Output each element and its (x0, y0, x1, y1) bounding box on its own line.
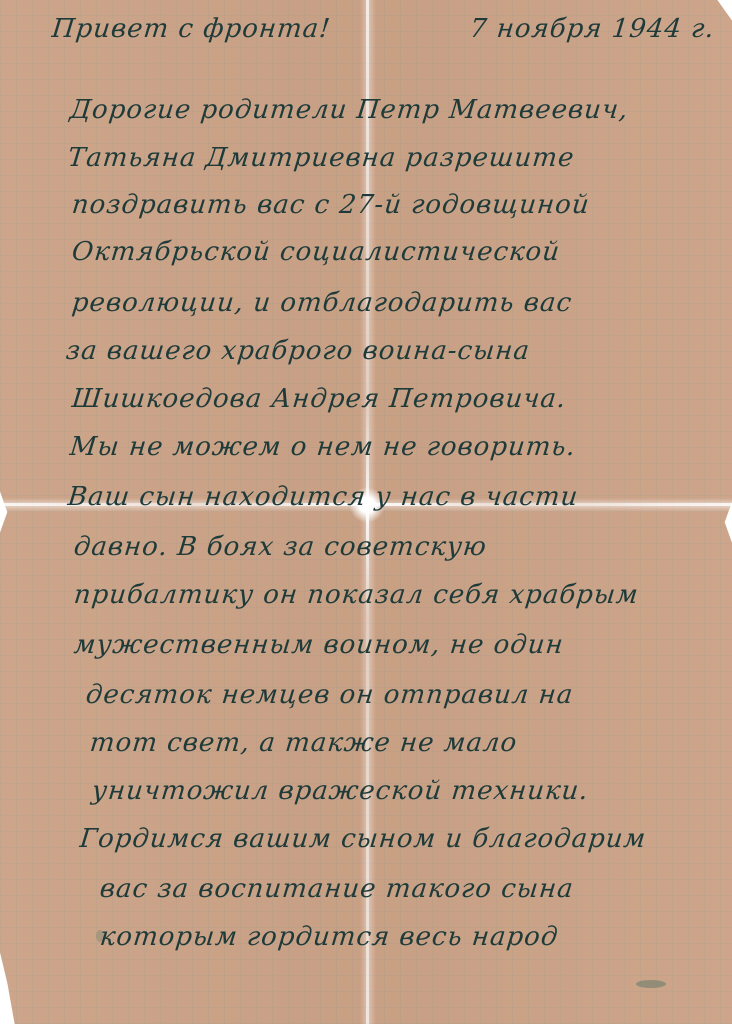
letter-line: поздравить вас с 27-й годовщиной (70, 190, 591, 220)
letter-line: Мы не можем о нем не говорить. (68, 432, 577, 462)
ink-stain (636, 980, 666, 988)
letter-line: Шишкоедова Андрея Петровича. (70, 384, 567, 414)
letter-line: уничтожил вражеской техники. (90, 776, 590, 806)
letter-line: Татьяна Дмитриевна разрешите (66, 143, 576, 173)
letter-line: тот свет, а также не мало (88, 728, 518, 758)
letter-greeting: Привет с фронта! (50, 14, 332, 44)
letter-line: мужественным воином, не один (72, 630, 565, 660)
letter-line: давно. В боях за советскую (72, 532, 488, 562)
letter-line: революции, и отблагодарить вас (70, 288, 573, 318)
letter-line: десяток немцев он отправил на (84, 680, 574, 710)
letter-line: Дорогие родители Петр Матвеевич, (68, 95, 630, 125)
letter-line: Гордимся вашим сыном и благодарим (78, 824, 647, 854)
letter-line: Ваш сын находится у нас в части (66, 482, 579, 512)
letter-line: за вашего храброго воина-сына (64, 336, 531, 366)
letter-date: 7 ноября 1944 г. (468, 14, 716, 44)
letter-line: которым гордится весь народ (98, 922, 560, 952)
letter-line: вас за воспитание такого сына (98, 874, 575, 904)
letter-line: Октябрьской социалистической (70, 237, 561, 267)
letter-line: прибалтику он показал себя храбрым (72, 580, 640, 610)
